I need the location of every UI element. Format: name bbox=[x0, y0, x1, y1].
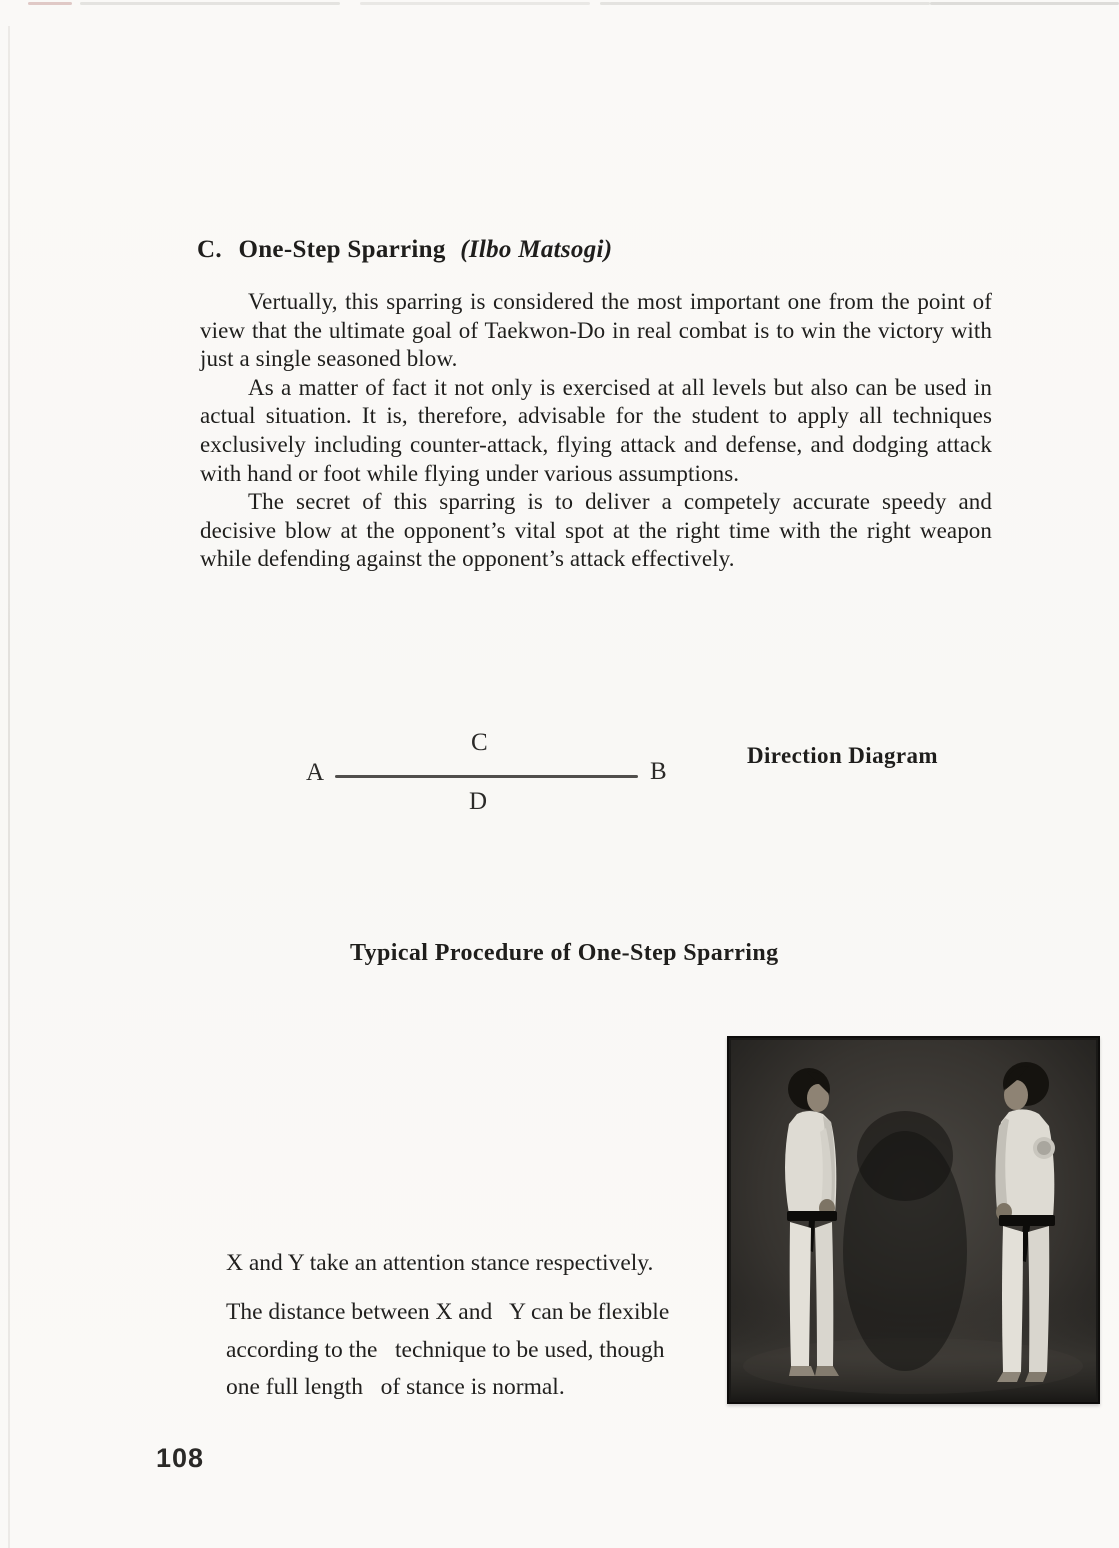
wall-shadow bbox=[843, 1111, 967, 1371]
scan-mark bbox=[600, 2, 930, 5]
section-heading-prefix: C. bbox=[197, 236, 222, 263]
scan-edge-artifact bbox=[0, 0, 1119, 8]
diagram-line bbox=[335, 775, 638, 778]
section-heading-romanized: (Ilbo Matsogi) bbox=[460, 236, 612, 263]
section-heading: C. One-Step Sparring (Ilbo Matsogi) bbox=[197, 236, 612, 264]
diagram-caption: Direction Diagram bbox=[747, 743, 938, 769]
scan-mark bbox=[930, 2, 1119, 5]
section-heading-title: One-Step Sparring bbox=[238, 236, 445, 263]
book-page: C. One-Step Sparring (Ilbo Matsogi) Vert… bbox=[0, 0, 1119, 1548]
paragraph-2: As a matter of fact it not only is exerc… bbox=[200, 374, 992, 488]
diagram-point-b: B bbox=[650, 758, 667, 786]
photo-attention-stance bbox=[727, 1036, 1100, 1404]
body-text: Vertually, this sparring is considered t… bbox=[200, 288, 992, 574]
scan-mark bbox=[28, 2, 72, 5]
caption-line-1: X and Y take an attention stance respect… bbox=[226, 1248, 721, 1278]
scan-mark bbox=[80, 2, 340, 5]
photo-illustration bbox=[727, 1036, 1100, 1404]
procedure-heading: Typical Procedure of One-Step Sparring bbox=[350, 940, 779, 967]
caption-body: The distance between X and Y can be flex… bbox=[226, 1294, 721, 1407]
page-number: 108 bbox=[156, 1443, 204, 1474]
photo-caption: X and Y take an attention stance respect… bbox=[226, 1248, 721, 1407]
diagram-point-a: A bbox=[306, 759, 324, 787]
paragraph-3: The secret of this sparring is to delive… bbox=[200, 488, 992, 574]
paragraph-1: Vertually, this sparring is considered t… bbox=[200, 288, 992, 374]
diagram-point-c: C bbox=[471, 729, 488, 757]
scan-mark bbox=[360, 2, 590, 5]
diagram-point-d: D bbox=[469, 788, 487, 816]
scan-edge-artifact bbox=[8, 26, 10, 1548]
